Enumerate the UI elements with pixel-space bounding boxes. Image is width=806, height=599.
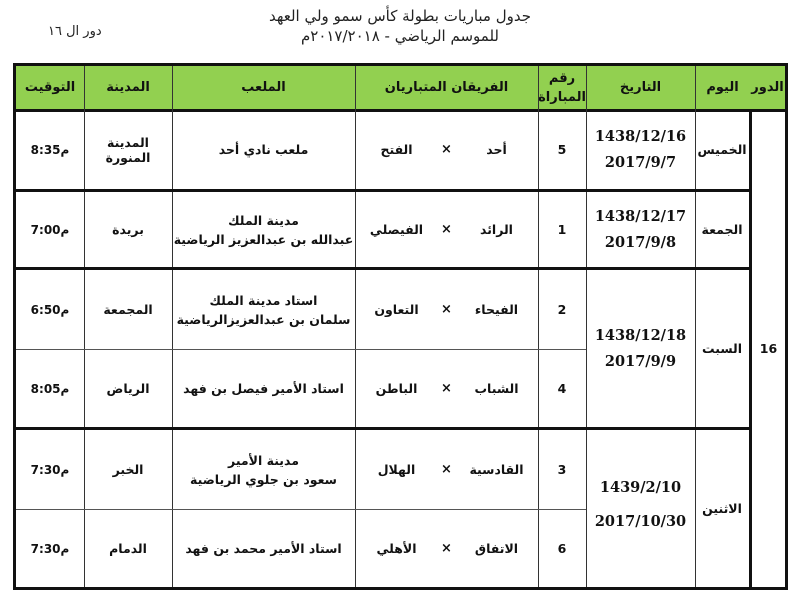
team-home: القادسية: [462, 462, 532, 477]
stadium-line-2: عبدالله بن عبدالعزيز الرياضية: [174, 230, 354, 249]
time-cell: 7:00م: [16, 192, 84, 267]
hijri-date: 1438/12/17: [595, 204, 686, 230]
city-cell: المجمعة: [84, 270, 172, 349]
time-cell: 6:50م: [16, 270, 84, 349]
team-away: الباطن: [362, 381, 432, 396]
header-time: التوقيت: [16, 66, 84, 109]
time-cell: 8:05م: [16, 350, 84, 427]
match-number: 5: [538, 110, 586, 189]
match-number: 3: [538, 430, 586, 509]
city-cell: الخبر: [84, 430, 172, 509]
header-city: المدينة: [84, 66, 172, 109]
vs-icon: ×: [432, 142, 462, 157]
stadium-cell: مدينة الملك عبدالله بن عبدالعزيز الرياضي…: [172, 192, 355, 267]
stadium-line-1: ملعب نادي أحد: [219, 140, 309, 159]
stadium-line-2: سعود بن جلوي الرياضية: [190, 470, 337, 489]
match-number: 4: [538, 350, 586, 427]
vs-icon: ×: [432, 462, 462, 477]
match-teams: الفيحاء × التعاون: [355, 270, 538, 349]
match-teams: الاتفاق × الأهلي: [355, 510, 538, 587]
day-cell: الجمعة: [695, 192, 749, 267]
match-number: 1: [538, 192, 586, 267]
schedule-table: التوقيت المدينة الملعب الفريقان المتباري…: [13, 63, 788, 590]
gregorian-date: 2017/10/30: [595, 505, 686, 539]
header-match-no-line1: رقم: [549, 69, 575, 88]
team-home: الشباب: [462, 381, 532, 396]
hijri-date: 1438/12/18: [595, 323, 686, 349]
team-home: الرائد: [462, 222, 532, 237]
header-match-no-line2: المباراة: [538, 88, 586, 107]
team-away: التعاون: [362, 302, 432, 317]
city-cell: الرياض: [84, 350, 172, 427]
time-cell: 8:35م: [16, 110, 84, 189]
stadium-cell: استاد الأمير محمد بن فهد: [172, 510, 355, 587]
vs-icon: ×: [432, 541, 462, 556]
stadium-cell: مدينة الأمير سعود بن جلوي الرياضية: [172, 430, 355, 509]
day-cell: السبت: [695, 270, 749, 427]
header-match-no: رقم المباراة: [538, 66, 586, 109]
date-cell: 1438/12/16 2017/9/7: [586, 110, 695, 189]
team-away: الفتح: [362, 142, 432, 157]
round-label: دور ال ١٦: [48, 24, 102, 39]
day-cell: الخميس: [695, 110, 749, 189]
hijri-date: 1439/2/10: [600, 471, 681, 505]
round-value: 16: [752, 110, 785, 587]
stadium-line-1: استاد الأمير محمد بن فهد: [185, 539, 341, 558]
match-number: 2: [538, 270, 586, 349]
header-round: الدور: [750, 66, 785, 109]
header-date: التاريخ: [586, 66, 695, 109]
stadium-line-1: مدينة الملك: [228, 211, 299, 230]
city-cell: المدينة المنورة: [84, 110, 172, 189]
stadium-cell: استاد الأمير فيصل بن فهد: [172, 350, 355, 427]
team-home: الاتفاق: [462, 541, 532, 556]
stadium-cell: ملعب نادي أحد: [172, 110, 355, 189]
team-away: الهلال: [362, 462, 432, 477]
title-line-2: للموسم الرياضي - ٢٠١٧/٢٠١٨م: [200, 26, 600, 46]
team-home: الفيحاء: [462, 302, 532, 317]
gregorian-date: 2017/9/9: [605, 349, 676, 375]
day-cell: الاثنين: [695, 430, 749, 587]
title-line-1: جدول مباريات بطولة كأس سمو ولي العهد: [200, 6, 600, 26]
date-cell: 1438/12/18 2017/9/9: [586, 270, 695, 427]
match-teams: الرائد × الفيصلي: [355, 192, 538, 267]
date-cell: 1439/2/10 2017/10/30: [586, 430, 695, 580]
gregorian-date: 2017/9/7: [605, 150, 676, 176]
vs-icon: ×: [432, 222, 462, 237]
match-number: 6: [538, 510, 586, 587]
team-away: الأهلي: [362, 541, 432, 556]
date-cell: 1438/12/17 2017/9/8: [586, 192, 695, 267]
stadium-cell: استاد مدينة الملك سلمان بن عبدالعزيزالري…: [172, 270, 355, 349]
match-teams: القادسية × الهلال: [355, 430, 538, 509]
time-cell: 7:30م: [16, 510, 84, 587]
hijri-date: 1438/12/16: [595, 124, 686, 150]
stadium-line-1: استاد الأمير فيصل بن فهد: [183, 379, 344, 398]
stadium-line-2: سلمان بن عبدالعزيزالرياضية: [177, 310, 351, 329]
time-cell: 7:30م: [16, 430, 84, 509]
match-teams: أحد × الفتح: [355, 110, 538, 189]
team-home: أحد: [462, 142, 532, 157]
gregorian-date: 2017/9/8: [605, 230, 676, 256]
header-stadium: الملعب: [172, 66, 355, 109]
city-cell: الدمام: [84, 510, 172, 587]
stadium-line-1: استاد مدينة الملك: [210, 291, 318, 310]
header-day: اليوم: [695, 66, 750, 109]
stadium-line-1: مدينة الأمير: [228, 451, 299, 470]
document-title: جدول مباريات بطولة كأس سمو ولي العهد للم…: [200, 6, 600, 46]
vs-icon: ×: [432, 381, 462, 396]
header-teams: الفريقان المتباريان: [355, 66, 538, 109]
city-cell: بريدة: [84, 192, 172, 267]
match-teams: الشباب × الباطن: [355, 350, 538, 427]
vs-icon: ×: [432, 302, 462, 317]
team-away: الفيصلي: [362, 222, 432, 237]
